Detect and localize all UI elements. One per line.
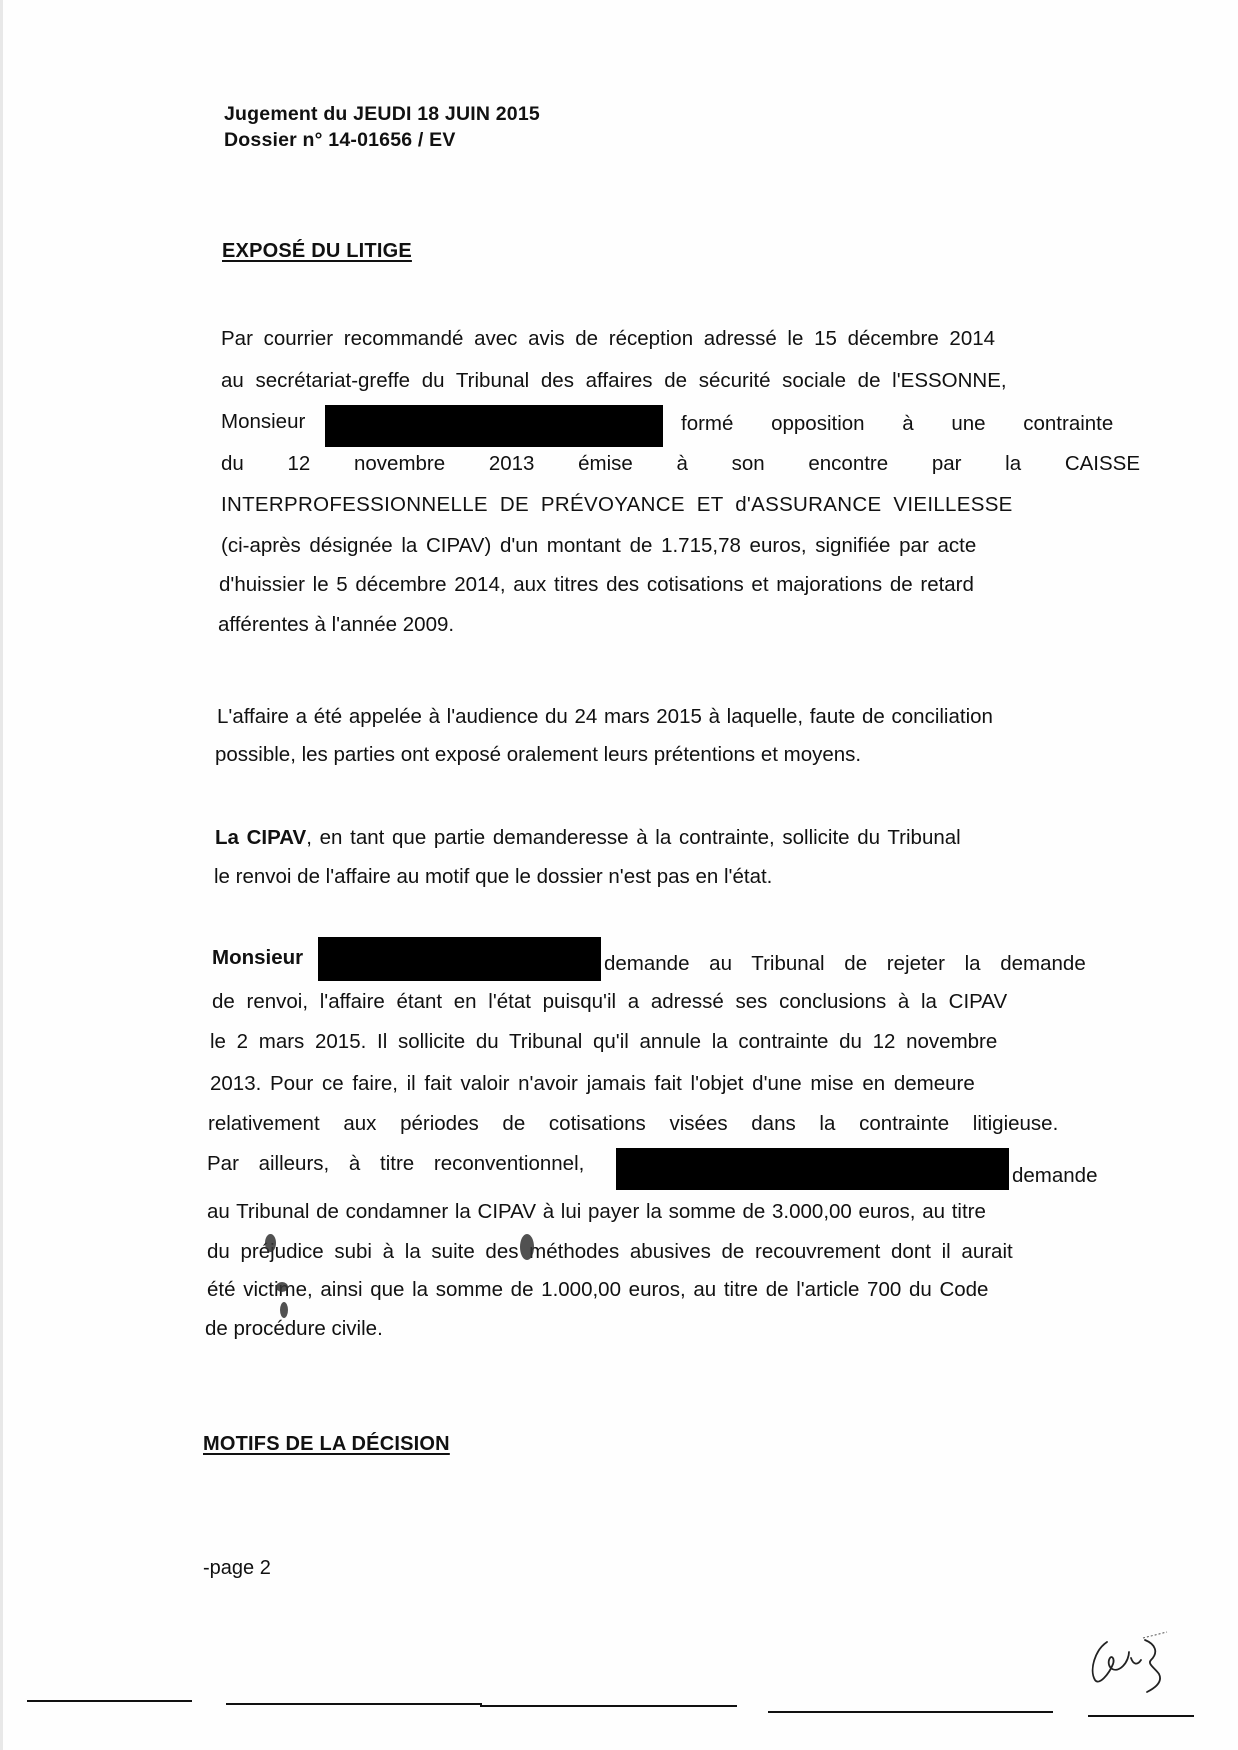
redacted-name-3 [616,1148,1009,1190]
para4-line3: le 2 mars 2015. Il sollicite du Tribunal… [210,1030,1116,1054]
para2-line1: L'affaire a été appelée à l'audience du … [217,705,993,729]
para4-line7: au Tribunal de condamner la CIPAV à lui … [207,1200,1113,1224]
footer-rule [480,1705,737,1707]
page-number: -page 2 [203,1557,271,1580]
footer-rule [27,1700,192,1702]
para3-line1: La CIPAV, en tant que partie demanderess… [215,826,961,850]
para1-line7: d'huissier le 5 décembre 2014, aux titre… [219,573,1123,597]
scan-edge [0,0,3,1750]
cipav-label: La CIPAV [215,826,306,849]
judgment-date: Jugement du JEUDI 18 JUIN 2015 [224,101,540,127]
para4-line6-end: demande [1012,1164,1097,1188]
para4-line6-start: Par ailleurs, à titre reconventionnel, [207,1152,584,1176]
para4-line2: de renvoi, l'affaire étant en l'état pui… [212,990,1118,1014]
para4-line10: de procédure civile. [205,1317,383,1341]
para1-line5: INTERPROFESSIONNELLE DE PRÉVOYANCE ET d'… [221,493,1125,517]
footer-rule [1088,1715,1194,1717]
para4-line5: relativement aux périodes de cotisations… [208,1112,1114,1136]
para1-line4: du 12 novembre 2013 émise à son encontre… [221,452,1125,476]
ink-blot [276,1282,288,1292]
para4-line1-end: demande au Tribunal de rejeter la demand… [604,952,1118,976]
redacted-name-1 [325,405,663,447]
footer-rule [226,1703,482,1705]
para2-line2: possible, les parties ont exposé oraleme… [215,743,861,767]
case-number: Dossier n° 14-01656 / EV [224,127,540,153]
ink-blot [265,1234,276,1252]
section-title-expose-du-litige: EXPOSÉ DU LITIGE [222,240,412,263]
para1-line1: Par courrier recommandé avec avis de réc… [221,327,1125,351]
ink-blot [280,1302,288,1318]
para1-line6: (ci-après désignée la CIPAV) d'un montan… [221,534,1125,558]
footer-rule [768,1711,1053,1713]
para3-line1-rest: , en tant que partie demanderesse à la c… [306,826,960,849]
para1-line3-end-text: formé opposition à une contrainte [681,412,1113,436]
section-title-motifs-de-la-decision: MOTIFS DE LA DÉCISION [203,1433,450,1456]
para1-line8: afférentes à l'année 2009. [218,613,454,637]
para3-line2: le renvoi de l'affaire au motif que le d… [214,865,772,889]
document-header: Jugement du JEUDI 18 JUIN 2015 Dossier n… [224,101,540,153]
para4-line8: du préjudice subi à la suite des méthode… [207,1240,1113,1264]
redacted-name-2 [318,937,601,981]
para1-line3-end: formé opposition à une contrainte [681,412,1125,436]
para4-line9: été victime, ainsi que la somme de 1.000… [207,1278,1113,1302]
para1-line2: au secrétariat-greffe du Tribunal des af… [221,369,1125,393]
para4-line4: 2013. Pour ce faire, il fait valoir n'av… [210,1072,1116,1096]
document-page: Jugement du JEUDI 18 JUIN 2015 Dossier n… [0,0,1238,1750]
para4-line1-start: Monsieur [212,946,303,970]
signature-initials-icon [1085,1630,1181,1694]
para1-line3-start: Monsieur [221,410,305,434]
ink-blot [520,1234,534,1260]
